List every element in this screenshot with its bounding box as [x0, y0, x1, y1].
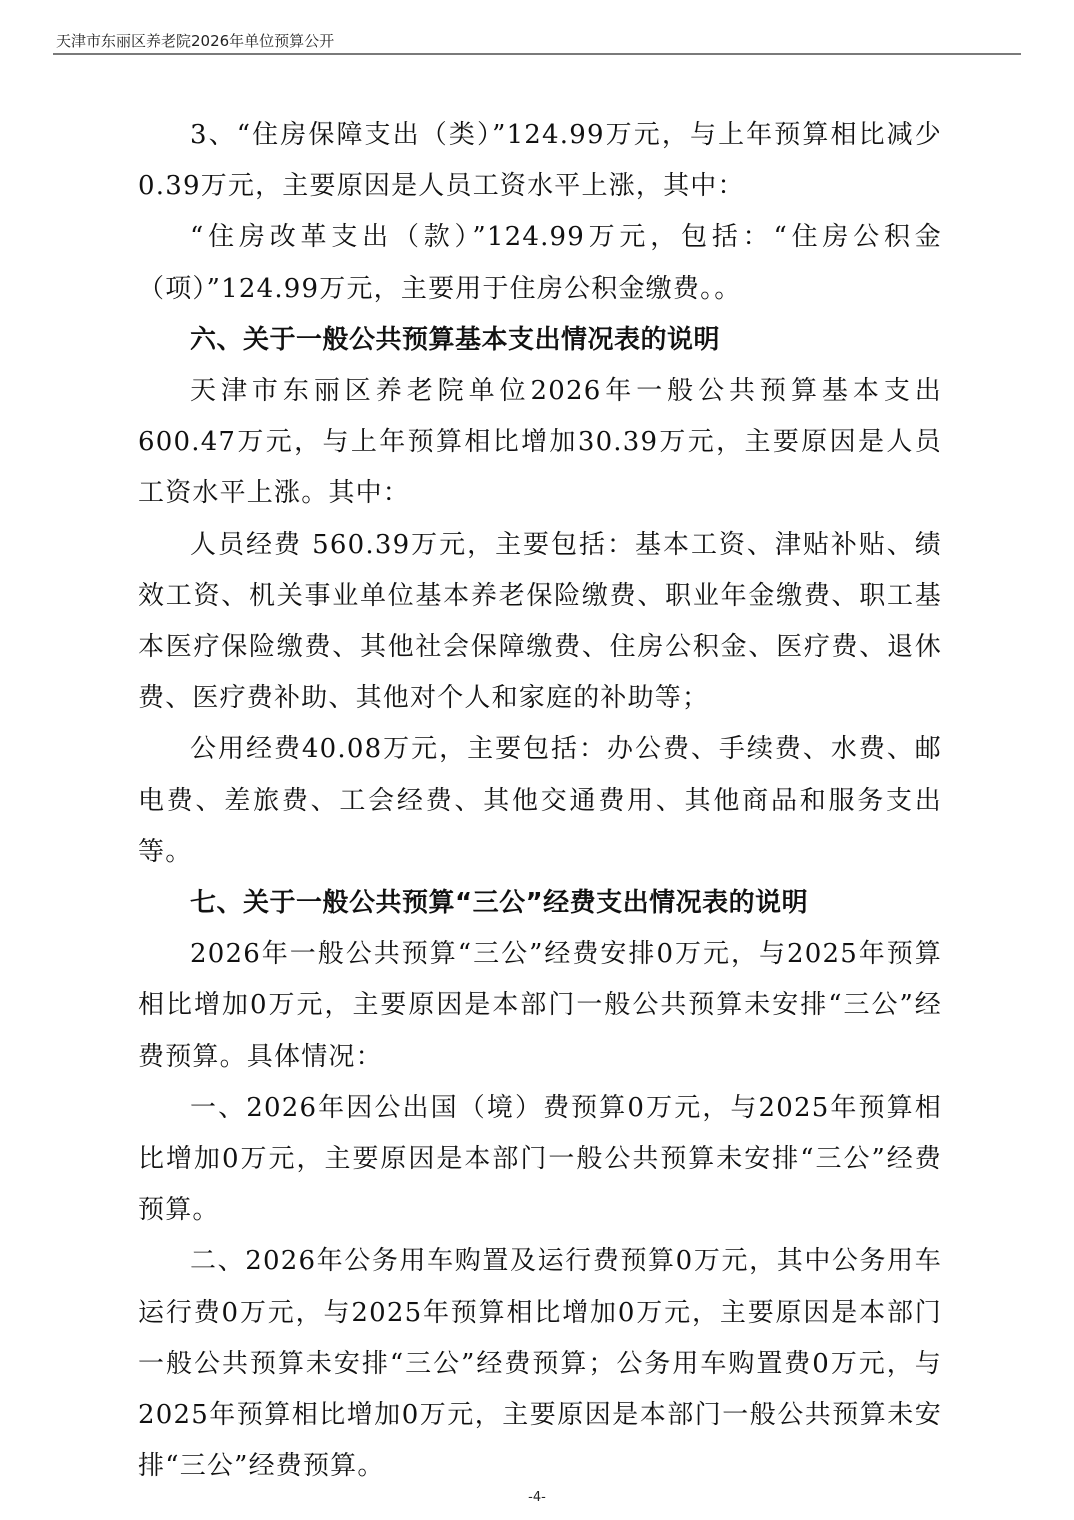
paragraph-official-vehicles: 二、2026年公务用车购置及运行费预算0万元，其中公务用车运行费0万元，与202… [138, 1236, 942, 1492]
paragraph-housing-reform: “住房改革支出（款）”124.99万元，包括：“住房公积金（项）”124.99万… [138, 212, 942, 314]
section-heading-basic-expenditure: 六、关于一般公共预算基本支出情况表的说明 [138, 315, 942, 366]
document-body: 3、“住房保障支出（类）”124.99万元，与上年预算相比减少0.39万元，主要… [138, 110, 942, 1492]
paragraph-three-public-total: 2026年一般公共预算“三公”经费安排0万元，与2025年预算相比增加0万元，主… [138, 929, 942, 1083]
paragraph-basic-expenditure-total: 天津市东丽区养老院单位2026年一般公共预算基本支出 600.47万元，与上年预… [138, 366, 942, 520]
page-number: -4- [0, 1490, 1074, 1505]
document-header-title: 天津市东丽区养老院2026年单位预算公开 [56, 30, 334, 51]
section-heading-three-public: 七、关于一般公共预算“三公”经费支出情况表的说明 [138, 878, 942, 929]
paragraph-housing-security: 3、“住房保障支出（类）”124.99万元，与上年预算相比减少0.39万元，主要… [138, 110, 942, 212]
paragraph-overseas-travel: 一、2026年因公出国（境）费预算0万元，与2025年预算相比增加0万元，主要原… [138, 1083, 942, 1237]
paragraph-public-expenses: 公用经费40.08万元，主要包括：办公费、手续费、水费、邮电费、差旅费、工会经费… [138, 724, 942, 878]
header-divider [53, 53, 1021, 55]
paragraph-personnel-expenses: 人员经费 560.39万元，主要包括：基本工资、津贴补贴、绩效工资、机关事业单位… [138, 520, 942, 725]
